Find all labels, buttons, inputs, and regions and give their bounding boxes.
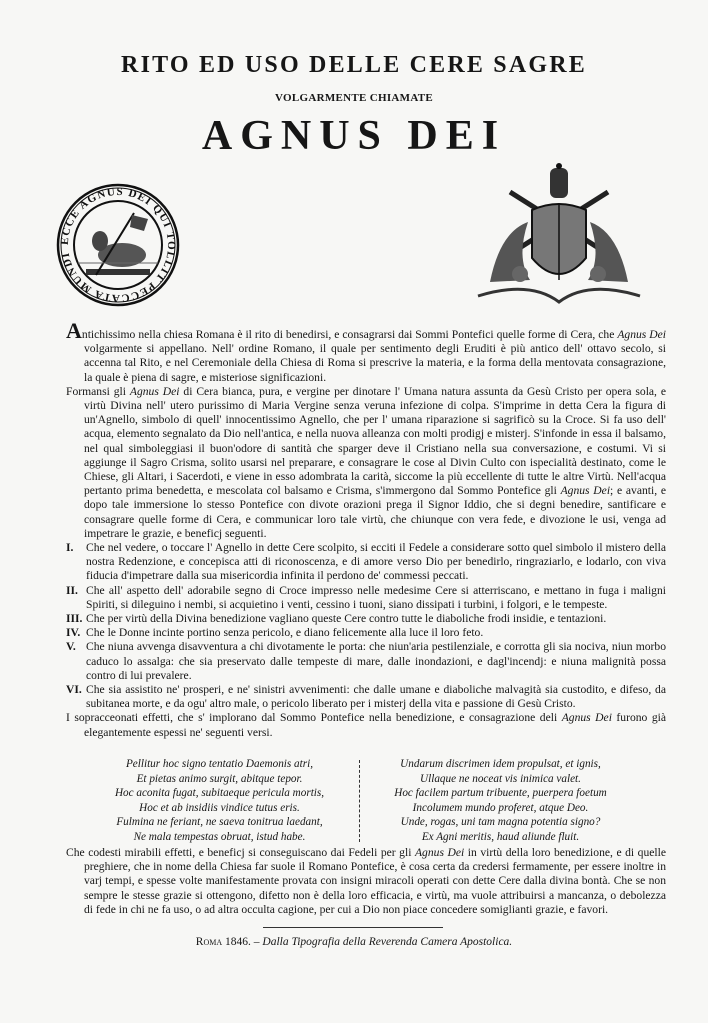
verse-line: Unde, rogas, uni tam magna potentia sign… [361,815,640,830]
intro-paragraph-1: Antichissimo nella chiesa Romana è il ri… [66,326,666,385]
benefit-item: V.Che niuna avvenga disavventura a chi d… [66,640,666,683]
agnus-dei-seal-icon: ECCE AGNUS DEI QUI TOLLIT PECCATA MUNDI [56,183,180,307]
benefit-text: Che per virtù della Divina benedizione v… [86,612,666,626]
document-main-title: AGNUS DEI [0,112,708,160]
drop-cap: A [66,318,82,343]
verses-intro: I sopracceonati effetti, che s' imploran… [66,711,666,739]
divider-rule [263,927,443,928]
verse-line: Fulmina ne feriant, ne saeva tonitrua la… [80,815,359,830]
verse-line: Ne mala tempestas obruat, istud habe. [80,830,359,845]
verse-line: Pellitur hoc signo tentatio Daemonis atr… [80,757,359,772]
verse-line: Undarum discrimen idem propulsat, et ign… [361,757,640,772]
benefit-text: Che niuna avvenga disavventura a chi div… [86,640,666,683]
intro-paragraph-2: Formansi gli Agnus Dei di Cera bianca, p… [66,385,666,541]
benefit-item: IV.Che le Donne incinte portino senza pe… [66,626,666,640]
imprint-city-year: Roma 1846. – [196,936,260,948]
verse-line: Hoc facilem partum tribuente, puerpera f… [361,786,640,801]
imprint-printer: Dalla Tipografia della Reverenda Camera … [262,936,512,948]
benefit-number: II. [66,584,86,612]
verse-line: Ullaque ne noceat vis inimica valet. [361,772,640,787]
verse-line: Hoc aconita fugat, subitaeque pericula m… [80,786,359,801]
benefit-item: III.Che per virtù della Divina benedizio… [66,612,666,626]
verses-left-column: Pellitur hoc signo tentatio Daemonis atr… [80,757,359,845]
benefit-text: Che le Donne incinte portino senza peric… [86,626,666,640]
verse-line: Et pietas animo surgit, abitque tepor. [80,772,359,787]
benefit-number: I. [66,541,86,584]
papal-coat-of-arms-icon [470,162,648,314]
benefit-item: VI.Che sia assistito ne' prosperi, e ne'… [66,683,666,711]
benefit-text: Che nel vedere, o toccare l' Agnello in … [86,541,666,584]
benefit-item: II.Che all' aspetto dell' adorabile segn… [66,584,666,612]
benefits-list: I.Che nel vedere, o toccare l' Agnello i… [66,541,666,711]
verse-line: Ex Agni meritis, haud aliunde fluit. [361,830,640,845]
verse-line: Hoc et ab insidiis vindice tutus eris. [80,801,359,816]
benefit-item: I.Che nel vedere, o toccare l' Agnello i… [66,541,666,584]
document-subtitle: VOLGARMENTE CHIAMATE [0,92,708,104]
benefit-text: Che all' aspetto dell' adorabile segno d… [86,584,666,612]
benefit-number: V. [66,640,86,683]
benefit-text: Che sia assistito ne' prosperi, e ne' si… [86,683,666,711]
intro-text: Antichissimo nella chiesa Romana è il ri… [66,326,666,740]
verse-line: Incolumem mundo proferet, atque Deo. [361,801,640,816]
closing-text: Che codesti mirabili effetti, e beneficj… [66,846,666,917]
verses-right-column: Undarum discrimen idem propulsat, et ign… [361,757,640,845]
benefit-number: VI. [66,683,86,711]
imprint: Roma 1846. – Dalla Tipografia della Reve… [0,936,708,948]
benefit-number: IV. [66,626,86,640]
benefit-number: III. [66,612,86,626]
latin-verses: Pellitur hoc signo tentatio Daemonis atr… [80,757,640,845]
closing-paragraph: Che codesti mirabili effetti, e beneficj… [66,846,666,917]
document-title: RITO ED USO DELLE CERE SAGRE [0,52,708,79]
